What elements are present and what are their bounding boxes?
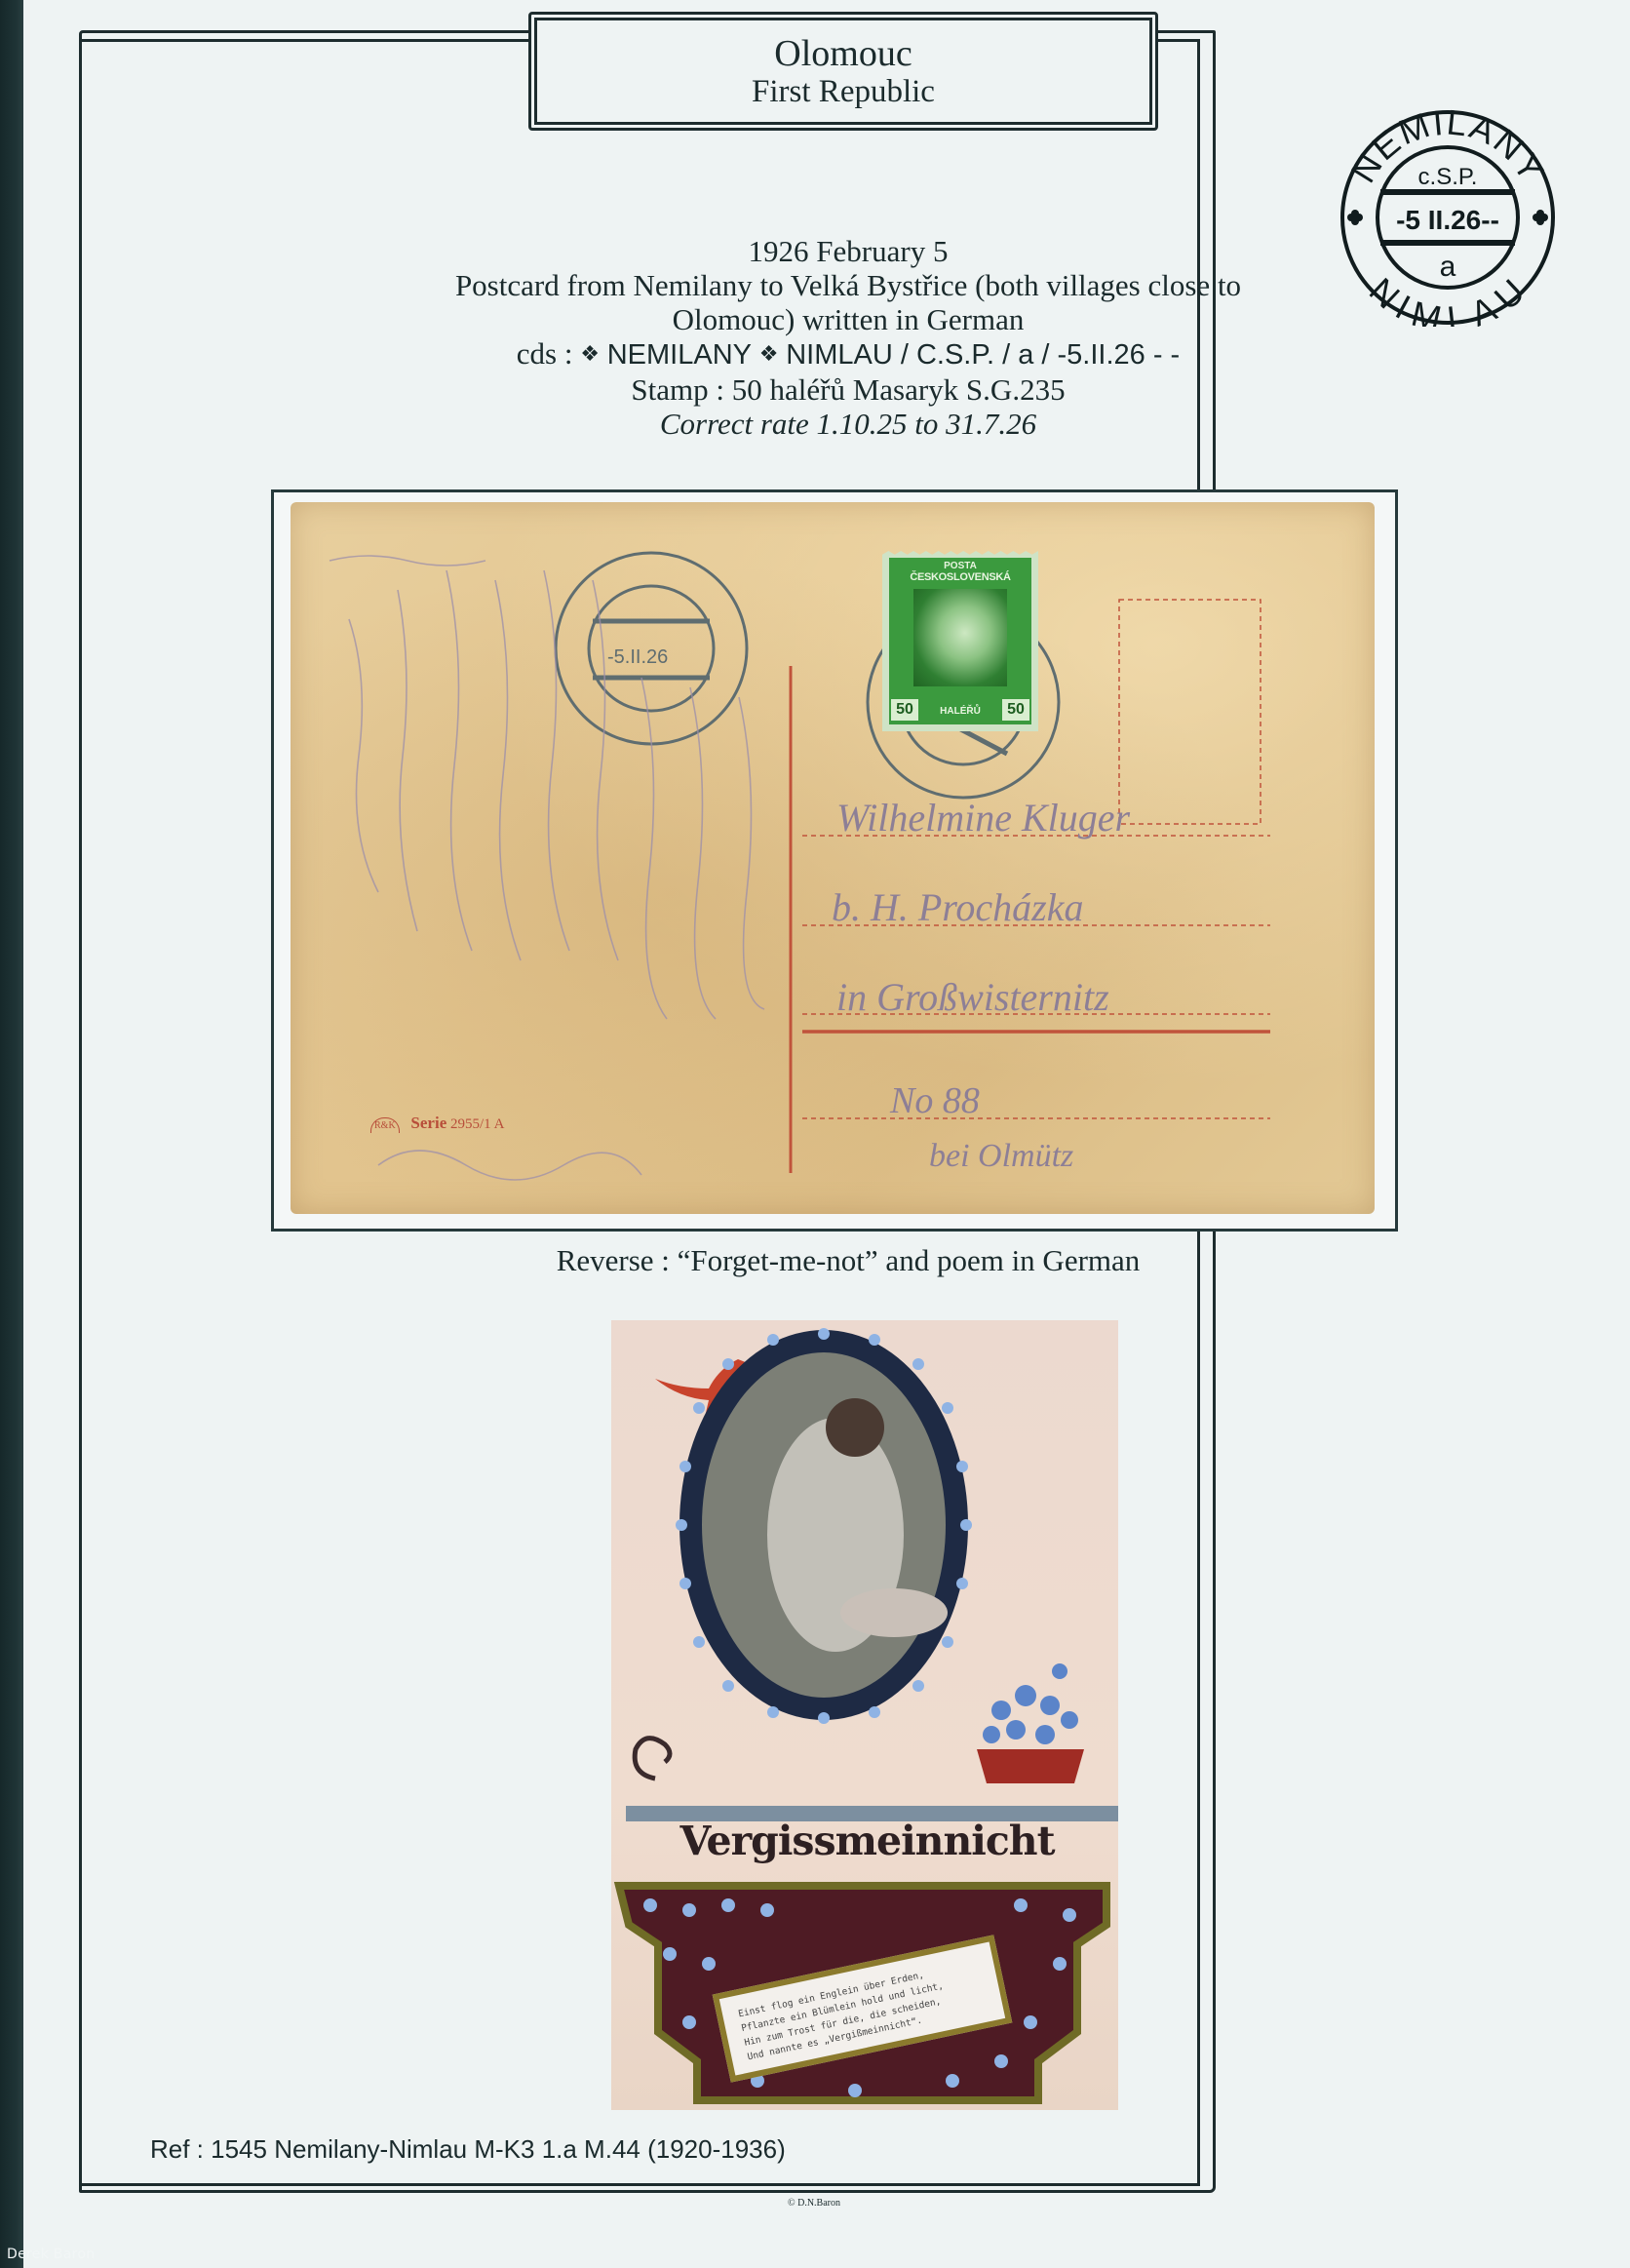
reference-line: Ref : 1545 Nemilany-Nimlau M-K3 1.a M.44…: [150, 2134, 786, 2165]
reverse-headline: Vergissmeinnicht: [621, 1818, 1113, 1864]
title-box: Olomouc First Republic: [534, 18, 1152, 125]
stamp-header-2: ČESKOSLOVENSKÁ: [889, 571, 1031, 583]
cds-part-1: NEMILANY: [607, 339, 752, 371]
stamp-line: Stamp : 50 haléřů Masaryk S.G.235: [322, 372, 1375, 407]
stamp-value-left: 50: [891, 699, 918, 721]
postcard-front: -5.II.26-- -5.II.26 Wilhelmine Kluger b.…: [291, 502, 1375, 1214]
stamp-value-right: 50: [1002, 699, 1029, 721]
serie-number: 2955/1 A: [450, 1116, 504, 1132]
postcard-reverse: Vergissmeinnicht Einst flog ein Englein …: [611, 1320, 1118, 2110]
description-line-2: Olomouc) written in German: [322, 302, 1375, 336]
date-line: 1926 February 5: [322, 234, 1375, 268]
postcard-markings: -5.II.26-- -5.II.26: [291, 502, 1375, 1214]
rk-sun-logo-icon: R&K: [370, 1117, 400, 1133]
postmark-office: c.S.P.: [1418, 164, 1478, 190]
diamond-icon: ❖: [580, 342, 600, 367]
svg-text:-5.II.26: -5.II.26: [607, 646, 668, 668]
postage-stamp: POSTA ČESKOSLOVENSKÁ 50 HALÉŘŮ 50: [882, 551, 1038, 731]
postmark-date: -5 II.26--: [1396, 205, 1499, 235]
page-title: Olomouc: [774, 33, 912, 74]
cds-label: cds :: [517, 336, 573, 371]
serie-label: Serie: [410, 1114, 446, 1132]
description-line-1: Postcard from Nemilany to Velká Bystřice…: [322, 268, 1375, 302]
postmark-letter: a: [1440, 251, 1456, 283]
page-subtitle: First Republic: [752, 74, 935, 109]
address-line-5: bei Olmütz: [929, 1138, 1073, 1175]
address-line-2: b. H. Procházka: [832, 884, 1083, 930]
cds-line: cds : ❖ NEMILANY ❖ NIMLAU / C.S.P. / a /…: [322, 336, 1375, 372]
stamp-currency: HALÉŘŮ: [922, 706, 998, 717]
stamp-header-1: POSTA: [889, 558, 1031, 571]
rate-line: Correct rate 1.10.25 to 31.7.26: [322, 407, 1375, 441]
description: 1926 February 5 Postcard from Nemilany t…: [322, 234, 1375, 441]
cds-part-2: NIMLAU / C.S.P. / a / -5.II.26 - -: [786, 339, 1180, 371]
publisher-imprint: R&K Serie 2955/1 A: [370, 1114, 504, 1133]
scan-edge: [0, 0, 23, 2268]
watermark: Derek Baron: [7, 2247, 95, 2262]
address-line-3: in Großwisternitz: [836, 974, 1109, 1020]
address-line-4: No 88: [890, 1079, 980, 1122]
masaryk-portrait: [913, 589, 1007, 686]
postmark-illustration: NEMILANY NIMLAU c.S.P. -5 II.26-- a: [1326, 102, 1570, 327]
address-line-1: Wilhelmine Kluger: [836, 795, 1130, 841]
reverse-caption: Reverse : “Forget-me-not” and poem in Ge…: [322, 1243, 1375, 1278]
diamond-icon: ❖: [759, 342, 779, 367]
copyright: © D.N.Baron: [788, 2198, 840, 2209]
